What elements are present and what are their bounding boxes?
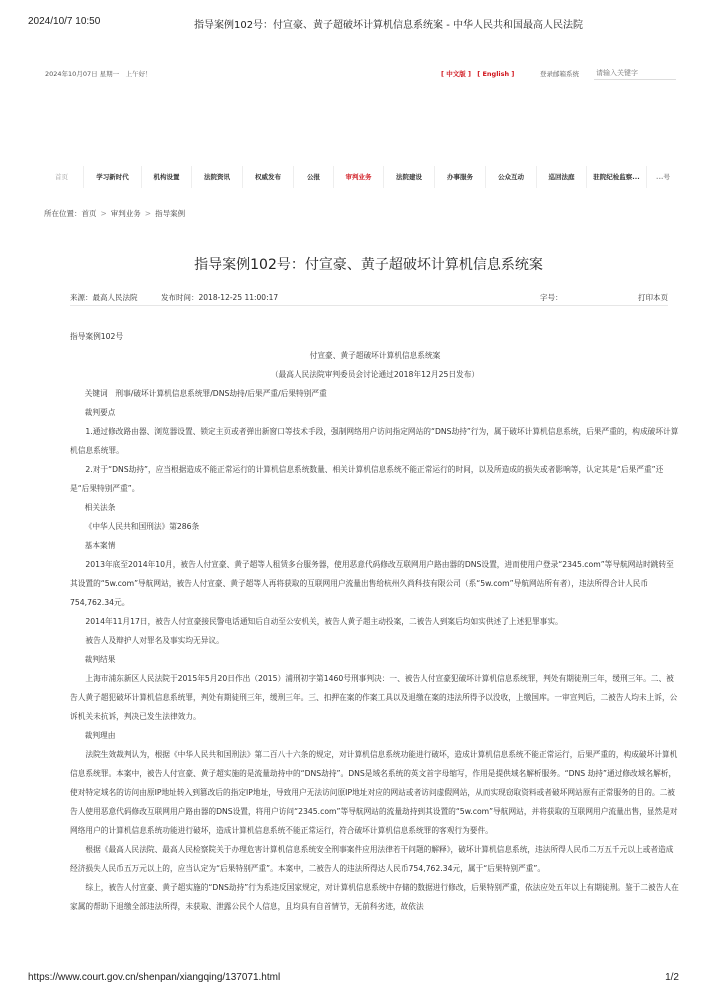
paragraph: 根据《最高人民法院、最高人民检察院关于办理危害计算机信息系统安全刑事案件应用法律… bbox=[70, 840, 680, 878]
print-header: 2024/10/7 10:50 指导案例102号：付宣豪、黄子超破坏计算机信息系… bbox=[0, 16, 707, 30]
search-input[interactable] bbox=[594, 66, 676, 80]
nav-item-court-building[interactable]: 法院建设 bbox=[384, 166, 435, 188]
article-meta: 来源：最高人民法院 发布时间：2018-12-25 11:00:17 字号： 打… bbox=[70, 292, 668, 306]
language-switcher: [ 中文版 ] [ English ] bbox=[441, 69, 518, 78]
keywords: 关键词 刑事/破坏计算机信息系统罪/DNS劫持/后果严重/后果特别严重 bbox=[70, 384, 680, 403]
mail-login-link[interactable]: 登录邮箱系统 bbox=[540, 69, 579, 78]
case-title: 付宣豪、黄子超破坏计算机信息系统案 bbox=[70, 346, 680, 365]
breadcrumb-prefix: 所在位置： bbox=[44, 209, 82, 218]
lang-chinese-link[interactable]: [ 中文版 ] bbox=[441, 70, 471, 78]
section-heading-basic-facts: 基本案情 bbox=[70, 536, 680, 555]
breadcrumb-separator: > bbox=[101, 209, 107, 218]
section-heading-judgment-result: 裁判结果 bbox=[70, 650, 680, 669]
nav-item-organization[interactable]: 机构设置 bbox=[142, 166, 192, 188]
nav-item-trial-business[interactable]: 审判业务 bbox=[334, 166, 384, 188]
law-reference: 《中华人民共和国刑法》第286条 bbox=[70, 517, 680, 536]
breadcrumb-separator: > bbox=[145, 209, 151, 218]
print-page-title: 指导案例102号：付宣豪、黄子超破坏计算机信息系统案 - 中华人民共和国最高人民… bbox=[0, 16, 707, 31]
paragraph: 被告人及辩护人对罪名及事实均无异议。 bbox=[70, 631, 680, 650]
paragraph: 综上，被告人付宣豪、黄子超实施的“DNS劫持”行为系违反国家规定，对计算机信息系… bbox=[70, 878, 680, 916]
nav-item-more[interactable]: ...号 bbox=[647, 166, 679, 188]
print-url: https://www.court.gov.cn/shenpan/xiangqi… bbox=[28, 972, 280, 983]
article-title: 指导案例102号：付宣豪、黄子超破坏计算机信息系统案 bbox=[0, 254, 707, 274]
article-publish-time: 发布时间：2018-12-25 11:00:17 bbox=[161, 292, 278, 303]
lang-english-link[interactable]: [ English ] bbox=[477, 70, 514, 78]
breadcrumb-trial-business[interactable]: 审判业务 bbox=[111, 209, 141, 218]
paragraph: 2014年11月17日，被告人付宣豪接民警电话通知后自动至公安机关，被告人黄子超… bbox=[70, 612, 680, 631]
main-nav: 首页 学习新时代 机构设置 法院资讯 权威发布 公报 审判业务 法院建设 办事服… bbox=[40, 166, 680, 188]
paragraph: 1.通过修改路由器、浏览器设置、锁定主页或者弹出新窗口等技术手段，强制网络用户访… bbox=[70, 422, 680, 460]
breadcrumb-home[interactable]: 首页 bbox=[82, 209, 97, 218]
article-body: 指导案例102号 付宣豪、黄子超破坏计算机信息系统案 （最高人民法院审判委员会讨… bbox=[70, 327, 680, 916]
nav-item-circuit-court[interactable]: 巡回法庭 bbox=[537, 166, 587, 188]
font-size-control[interactable]: 字号： bbox=[540, 292, 563, 303]
section-heading-key-points: 裁判要点 bbox=[70, 403, 680, 422]
nav-item-public-interaction[interactable]: 公众互动 bbox=[486, 166, 537, 188]
case-release-note: （最高人民法院审判委员会讨论通过2018年12月25日发布） bbox=[70, 365, 680, 384]
case-number: 指导案例102号 bbox=[70, 327, 680, 346]
article-source: 来源：最高人民法院 bbox=[70, 292, 138, 303]
print-page-button[interactable]: 打印本页 bbox=[638, 292, 668, 303]
section-heading-related-law: 相关法条 bbox=[70, 498, 680, 517]
nav-item-services[interactable]: 办事服务 bbox=[435, 166, 486, 188]
paragraph: 上海市浦东新区人民法院于2015年5月20日作出（2015）浦刑初字第1460号… bbox=[70, 669, 680, 726]
paragraph: 2013年底至2014年10月，被告人付宣豪、黄子超等人租赁多台服务器，使用恶意… bbox=[70, 555, 680, 612]
print-page-number: 1/2 bbox=[665, 972, 679, 983]
date-greeting: 2024年10月07日 星期一 上午好！ bbox=[45, 69, 152, 78]
section-heading-reasoning: 裁判理由 bbox=[70, 726, 680, 745]
print-footer: https://www.court.gov.cn/shenpan/xiangqi… bbox=[0, 972, 707, 986]
nav-item-gazette[interactable]: 公报 bbox=[294, 166, 334, 188]
breadcrumb: 所在位置：首页>审判业务>指导案例 bbox=[44, 208, 185, 219]
nav-item-home[interactable]: 首页 bbox=[40, 166, 84, 188]
breadcrumb-guiding-cases[interactable]: 指导案例 bbox=[155, 209, 185, 218]
nav-item-court-news[interactable]: 法院资讯 bbox=[192, 166, 243, 188]
nav-item-releases[interactable]: 权威发布 bbox=[243, 166, 294, 188]
top-utility-bar: 2024年10月07日 星期一 上午好！ [ 中文版 ] [ English ]… bbox=[0, 66, 707, 82]
paragraph: 2.对于“DNS劫持”，应当根据造成不能正常运行的计算机信息系统数量、相关计算机… bbox=[70, 460, 680, 498]
nav-item-discipline[interactable]: 驻院纪检监察... bbox=[587, 166, 647, 188]
nav-item-study[interactable]: 学习新时代 bbox=[84, 166, 142, 188]
paragraph: 法院生效裁判认为，根据《中华人民共和国刑法》第二百八十六条的规定，对计算机信息系… bbox=[70, 745, 680, 840]
